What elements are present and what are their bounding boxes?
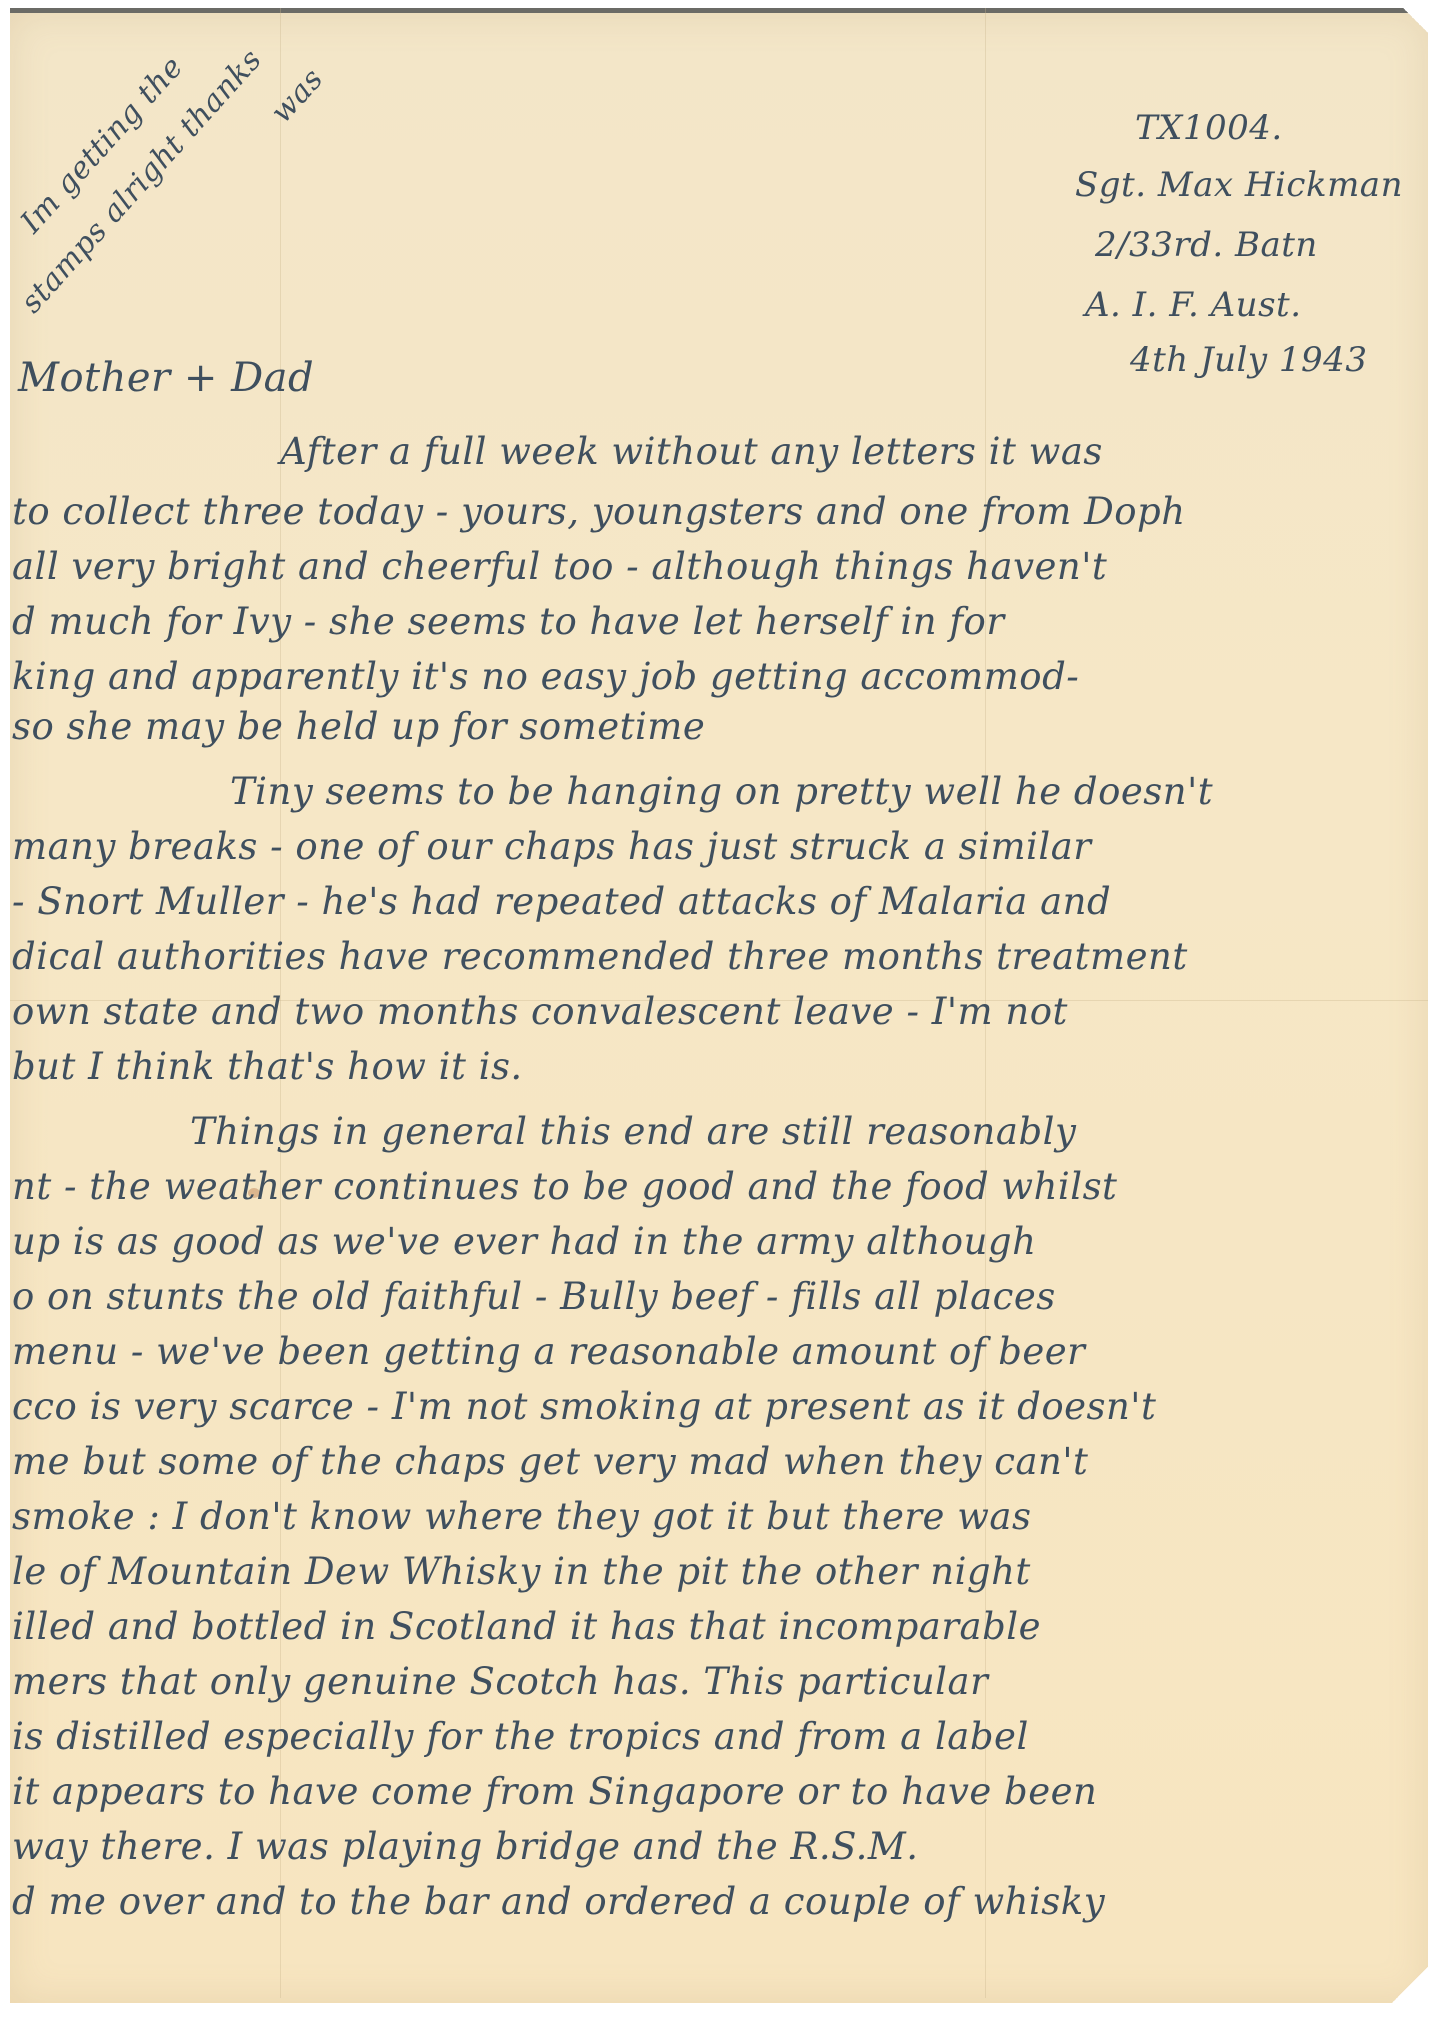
body-line: illed and bottled in Scotland it has tha… (12, 1605, 1041, 1648)
body-line: so she may be held up for sometime (12, 705, 705, 748)
body-line: way there. I was playing bridge and the … (12, 1825, 919, 1868)
body-line: cco is very scarce - I'm not smoking at … (12, 1385, 1156, 1428)
body-line: d much for Ivy - she seems to have let h… (12, 600, 1005, 643)
body-line: to collect three today - yours, youngste… (12, 490, 1186, 533)
body-line: d me over and to the bar and ordered a c… (12, 1880, 1105, 1923)
body-line: After a full week without any letters it… (280, 430, 1103, 473)
body-line: - Snort Muller - he's had repeated attac… (12, 880, 1111, 923)
page-corner (1403, 8, 1433, 38)
body-line: le of Mountain Dew Whisky in the pit the… (12, 1550, 1031, 1593)
body-line: all very bright and cheerful too - altho… (12, 545, 1107, 588)
body-line: but I think that's how it is. (12, 1045, 523, 1088)
service-number: TX1004. (1135, 108, 1283, 148)
body-line: it appears to have come from Singapore o… (12, 1770, 1097, 1813)
body-line: menu - we've been getting a reasonable a… (12, 1330, 1085, 1373)
letter-date: 4th July 1943 (1130, 340, 1367, 380)
body-line: own state and two months convalescent le… (12, 990, 1068, 1033)
sender-force: A. I. F. Aust. (1085, 285, 1302, 325)
body-line: me but some of the chaps get very mad wh… (12, 1440, 1088, 1483)
body-line: king and apparently it's no easy job get… (12, 655, 1079, 698)
body-line: smoke : I don't know where they got it b… (12, 1495, 1031, 1538)
body-line: Things in general this end are still rea… (190, 1110, 1076, 1153)
body-line: mers that only genuine Scotch has. This … (12, 1660, 988, 1703)
body-line: is distilled especially for the tropics … (12, 1715, 1029, 1758)
body-line: nt - the weather continues to be good an… (12, 1165, 1117, 1208)
body-line: many breaks - one of our chaps has just … (12, 825, 1091, 868)
body-line: up is as good as we've ever had in the a… (12, 1220, 1036, 1263)
salutation: Mother + Dad (18, 355, 314, 401)
body-line: dical authorities have recommended three… (12, 935, 1188, 978)
sender-name: Sgt. Max Hickman (1075, 165, 1403, 205)
sender-unit: 2/33rd. Batn (1095, 225, 1318, 265)
body-line: Tiny seems to be hanging on pretty well … (230, 770, 1213, 813)
body-line: o on stunts the old faithful - Bully bee… (12, 1275, 1056, 1318)
